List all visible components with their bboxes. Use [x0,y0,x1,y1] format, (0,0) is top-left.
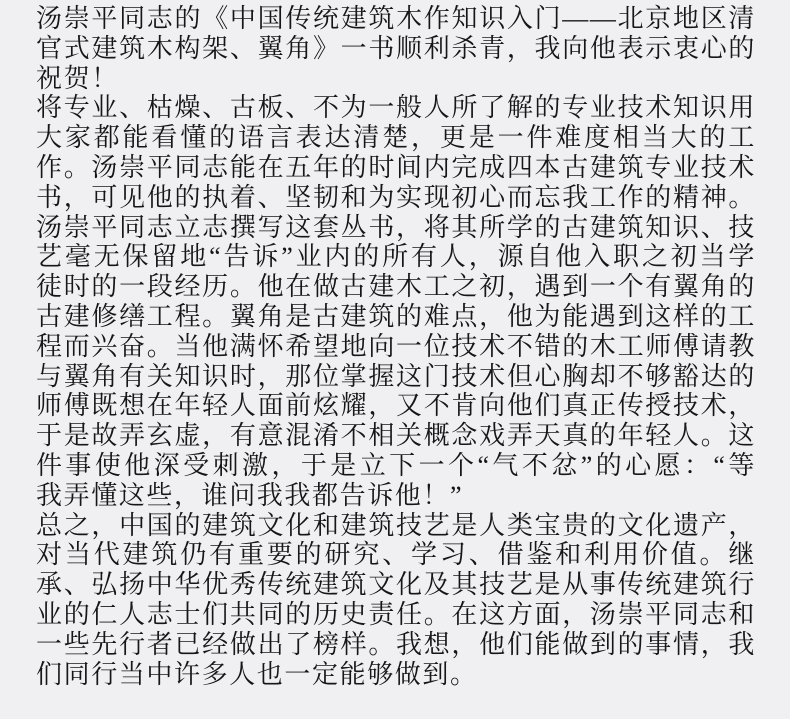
text-line: 大家都能看懂的语言表达清楚，更是一件难度相当大的工 [36,123,756,153]
text-content: 汤崇平同志的《中国传统建筑木作知识入门——北京地区清官式建筑木构架、翼角》一书顺… [36,4,756,689]
text-line: 作。汤崇平同志能在五年的时间内完成四本古建筑专业技术 [36,153,756,183]
text-line: 对当代建筑仍有重要的研究、学习、借鉴和利用价值。继 [36,540,756,570]
text-line: 汤崇平同志立志撰写这套丛书，将其所学的古建筑知识、技 [36,213,756,243]
book-page: 汤崇平同志的《中国传统建筑木作知识入门——北京地区清官式建筑木构架、翼角》一书顺… [0,0,790,719]
text-line: 徒时的一段经历。他在做古建木工之初，遇到一个有翼角的 [36,272,756,302]
text-line: 祝贺！ [36,64,756,94]
text-line: 总之，中国的建筑文化和建筑技艺是人类宝贵的文化遗产， [36,511,756,541]
text-line: 于是故弄玄虚，有意混淆不相关概念戏弄天真的年轻人。这 [36,421,756,451]
text-line: 们同行当中许多人也一定能够做到。 [36,660,756,690]
text-line: 与翼角有关知识时，那位掌握这门技术但心胸却不够豁达的 [36,362,756,392]
text-line: 汤崇平同志的《中国传统建筑木作知识入门——北京地区清 [36,4,756,34]
ebook-page-background: { "page": { "background_color": "#f0f0f2… [0,0,790,719]
text-line: 业的仁人志士们共同的历史责任。在这方面，汤崇平同志和 [36,600,756,630]
text-line: 书，可见他的执着、坚韧和为实现初心而忘我工作的精神。 [36,183,756,213]
text-line: 将专业、枯燥、古板、不为一般人所了解的专业技术知识用 [36,93,756,123]
text-line: 承、弘扬中华优秀传统建筑文化及其技艺是从事传统建筑行 [36,570,756,600]
text-line: 官式建筑木构架、翼角》一书顺利杀青，我向他表示衷心的 [36,34,756,64]
text-line: 师傅既想在年轻人面前炫耀，又不肯向他们真正传授技术， [36,391,756,421]
paragraph: 总之，中国的建筑文化和建筑技艺是人类宝贵的文化遗产，对当代建筑仍有重要的研究、学… [36,511,756,690]
paragraph: 汤崇平同志立志撰写这套丛书，将其所学的古建筑知识、技艺毫无保留地“告诉”业内的所… [36,213,756,511]
text-line: 艺毫无保留地“告诉”业内的所有人，源自他入职之初当学 [36,242,756,272]
text-line: 一些先行者已经做出了榜样。我想，他们能做到的事情，我 [36,630,756,660]
paragraph: 将专业、枯燥、古板、不为一般人所了解的专业技术知识用大家都能看懂的语言表达清楚，… [36,93,756,212]
text-line: 程而兴奋。当他满怀希望地向一位技术不错的木工师傅请教 [36,332,756,362]
text-line: 件事使他深受刺激，于是立下一个“气不忿”的心愿：“等 [36,451,756,481]
text-line: 古建修缮工程。翼角是古建筑的难点，他为能遇到这样的工 [36,302,756,332]
paragraph: 汤崇平同志的《中国传统建筑木作知识入门——北京地区清官式建筑木构架、翼角》一书顺… [36,4,756,93]
text-line: 我弄懂这些，谁问我我都告诉他！” [36,481,756,511]
